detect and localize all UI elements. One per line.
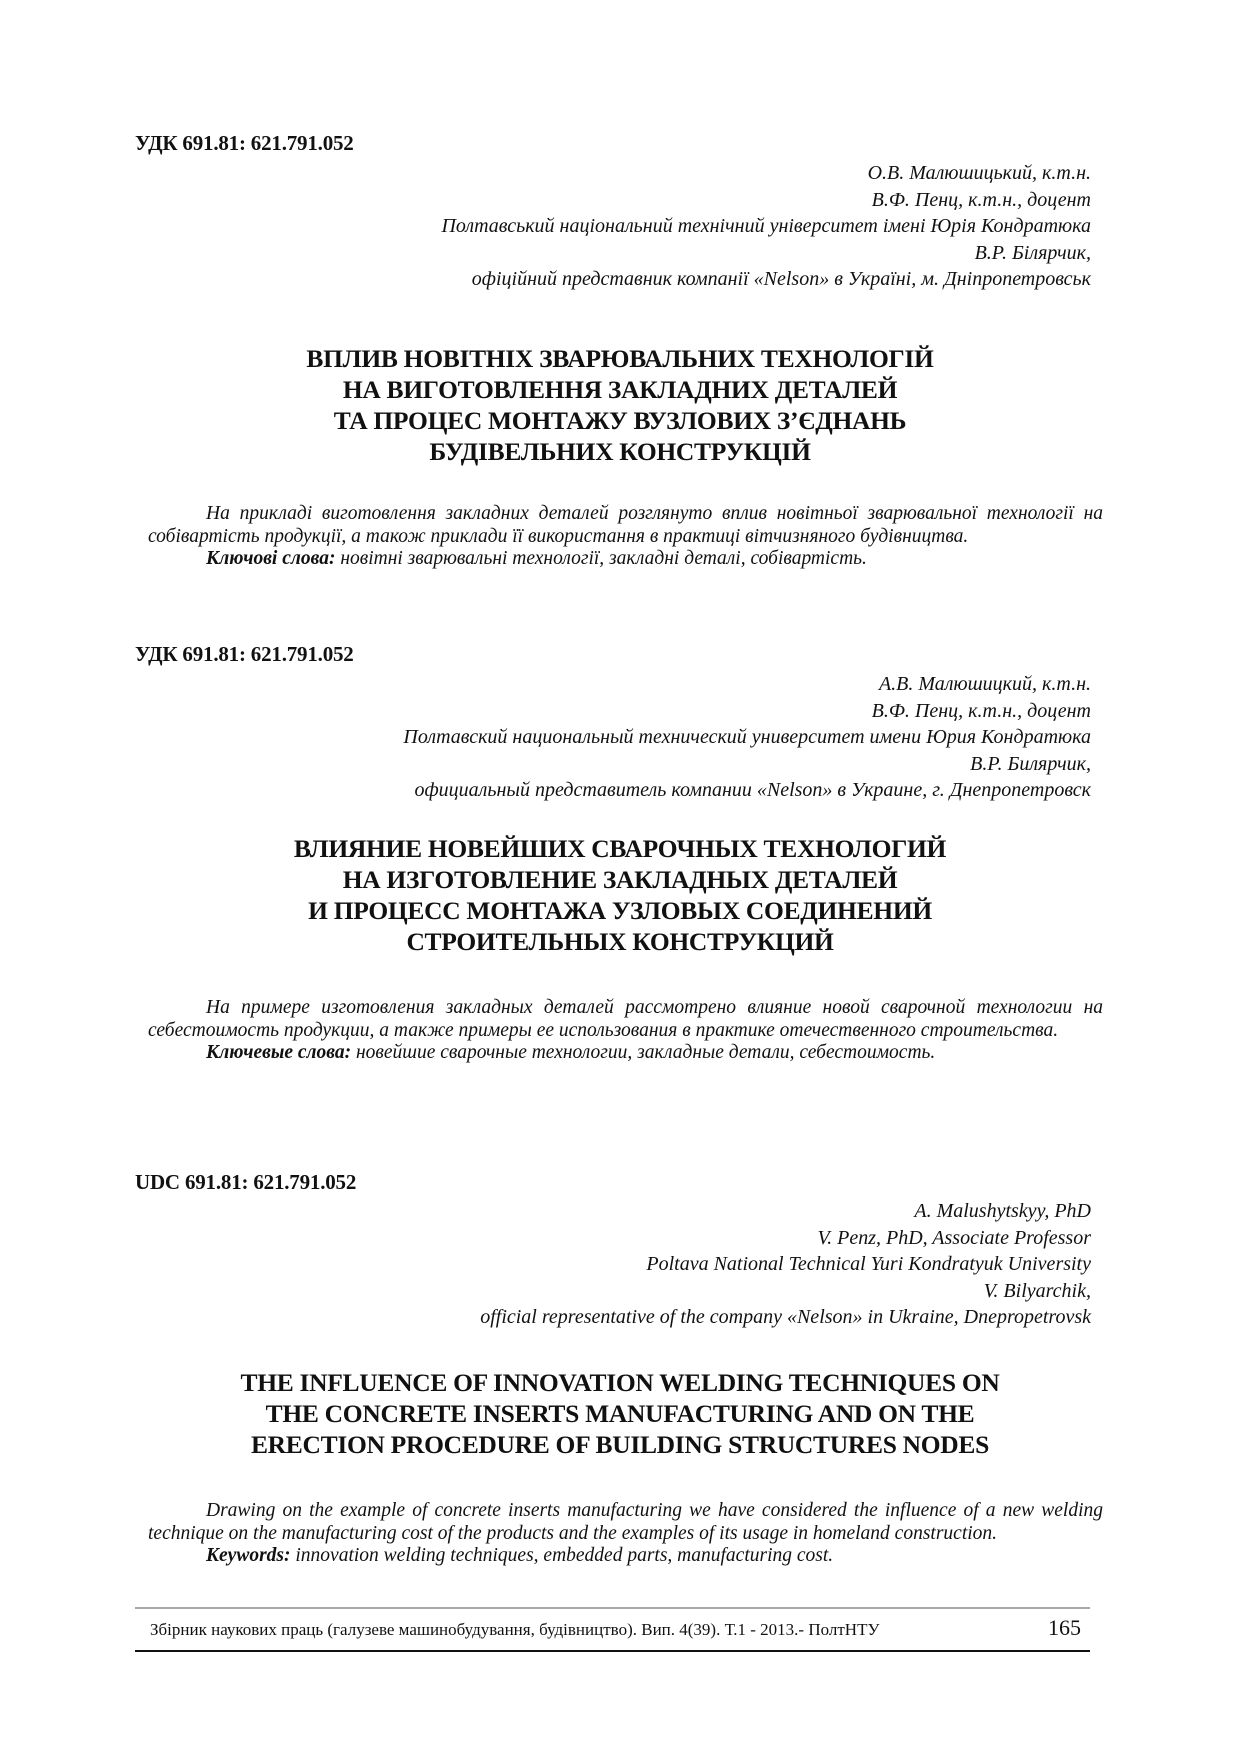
affiliation-line: офіційний представник компанії «Nelson» … xyxy=(441,266,1091,293)
abstract-english: Drawing on the example of concrete inser… xyxy=(148,1500,1103,1568)
keywords-label: Ключевые слова: xyxy=(206,1042,351,1063)
title-line: БУДІВЕЛЬНИХ КОНСТРУКЦІЙ xyxy=(135,436,1105,467)
author-line: В.Р. Билярчик, xyxy=(403,751,1091,778)
author-line: О.В. Малюшицький, к.т.н. xyxy=(441,160,1091,187)
footer-rule-bottom xyxy=(135,1650,1090,1652)
title-line: THE CONCRETE INSERTS MANUFACTURING AND O… xyxy=(135,1398,1105,1429)
keywords-text: новейшие сварочные технологии, закладные… xyxy=(351,1042,935,1063)
keywords: Ключові слова: новітні зварювальні техно… xyxy=(148,548,1103,571)
author-line: V. Penz, PhD, Associate Professor xyxy=(480,1225,1091,1252)
author-line: А.В. Малюшицкий, к.т.н. xyxy=(403,671,1091,698)
authors-ukrainian: О.В. Малюшицький, к.т.н. В.Ф. Пенц, к.т.… xyxy=(441,160,1091,293)
keywords: Ключевые слова: новейшие сварочные техно… xyxy=(148,1042,1103,1065)
keywords-text: новітні зварювальні технології, закладні… xyxy=(335,548,866,569)
udc-code-english: UDC 691.81: 621.791.052 xyxy=(135,1170,356,1195)
title-line: ВПЛИВ НОВІТНІХ ЗВАРЮВАЛЬНИХ ТЕХНОЛОГІЙ xyxy=(135,343,1105,374)
abstract-text: На примере изготовления закладных детале… xyxy=(148,997,1103,1042)
abstract-russian: На примере изготовления закладных детале… xyxy=(148,997,1103,1065)
title-russian: ВЛИЯНИЕ НОВЕЙШИХ СВАРОЧНЫХ ТЕХНОЛОГИЙ НА… xyxy=(135,833,1105,957)
keywords-label: Keywords: xyxy=(206,1545,291,1566)
author-line: V. Bilyarchik, xyxy=(480,1278,1091,1305)
author-line: В.Ф. Пенц, к.т.н., доцент xyxy=(441,187,1091,214)
title-line: ТА ПРОЦЕС МОНТАЖУ ВУЗЛОВИХ З’ЄДНАНЬ xyxy=(135,405,1105,436)
authors-english: A. Malushytskyy, PhD V. Penz, PhD, Assoc… xyxy=(480,1198,1091,1331)
title-line: ERECTION PROCEDURE OF BUILDING STRUCTURE… xyxy=(135,1429,1105,1460)
authors-russian: А.В. Малюшицкий, к.т.н. В.Ф. Пенц, к.т.н… xyxy=(403,671,1091,804)
title-line: НА ИЗГОТОВЛЕНИЕ ЗАКЛАДНЫХ ДЕТАЛЕЙ xyxy=(135,864,1105,895)
title-line: THE INFLUENCE OF INNOVATION WELDING TECH… xyxy=(135,1367,1105,1398)
affiliation-line: Полтавський національний технічний уніве… xyxy=(441,213,1091,240)
affiliation-line: Полтавский национальный технический унив… xyxy=(403,724,1091,751)
page-number: 165 xyxy=(1048,1615,1081,1641)
abstract-text: На прикладі виготовлення закладних детал… xyxy=(148,503,1103,548)
footer-rule-top xyxy=(135,1607,1090,1609)
affiliation-line: official representative of the company «… xyxy=(480,1304,1091,1331)
title-line: СТРОИТЕЛЬНЫХ КОНСТРУКЦИЙ xyxy=(135,926,1105,957)
affiliation-line: Poltava National Technical Yuri Kondraty… xyxy=(480,1251,1091,1278)
title-line: НА ВИГОТОВЛЕННЯ ЗАКЛАДНИХ ДЕТАЛЕЙ xyxy=(135,374,1105,405)
author-line: В.Ф. Пенц, к.т.н., доцент xyxy=(403,698,1091,725)
keywords-text: innovation welding techniques, embedded … xyxy=(291,1545,834,1566)
keywords-label: Ключові слова: xyxy=(206,548,335,569)
journal-citation: Збірник наукових праць (галузеве машиноб… xyxy=(150,1620,880,1640)
udc-code-russian: УДК 691.81: 621.791.052 xyxy=(135,642,354,667)
author-line: A. Malushytskyy, PhD xyxy=(480,1198,1091,1225)
title-ukrainian: ВПЛИВ НОВІТНІХ ЗВАРЮВАЛЬНИХ ТЕХНОЛОГІЙ Н… xyxy=(135,343,1105,467)
abstract-ukrainian: На прикладі виготовлення закладних детал… xyxy=(148,503,1103,571)
author-line: В.Р. Білярчик, xyxy=(441,240,1091,267)
keywords: Keywords: innovation welding techniques,… xyxy=(148,1545,1103,1568)
abstract-text: Drawing on the example of concrete inser… xyxy=(148,1500,1103,1545)
title-line: И ПРОЦЕСС МОНТАЖА УЗЛОВЫХ СОЕДИНЕНИЙ xyxy=(135,895,1105,926)
udc-code-ukrainian: УДК 691.81: 621.791.052 xyxy=(135,131,354,156)
title-english: THE INFLUENCE OF INNOVATION WELDING TECH… xyxy=(135,1367,1105,1460)
affiliation-line: официальный представитель компании «Nels… xyxy=(403,777,1091,804)
title-line: ВЛИЯНИЕ НОВЕЙШИХ СВАРОЧНЫХ ТЕХНОЛОГИЙ xyxy=(135,833,1105,864)
